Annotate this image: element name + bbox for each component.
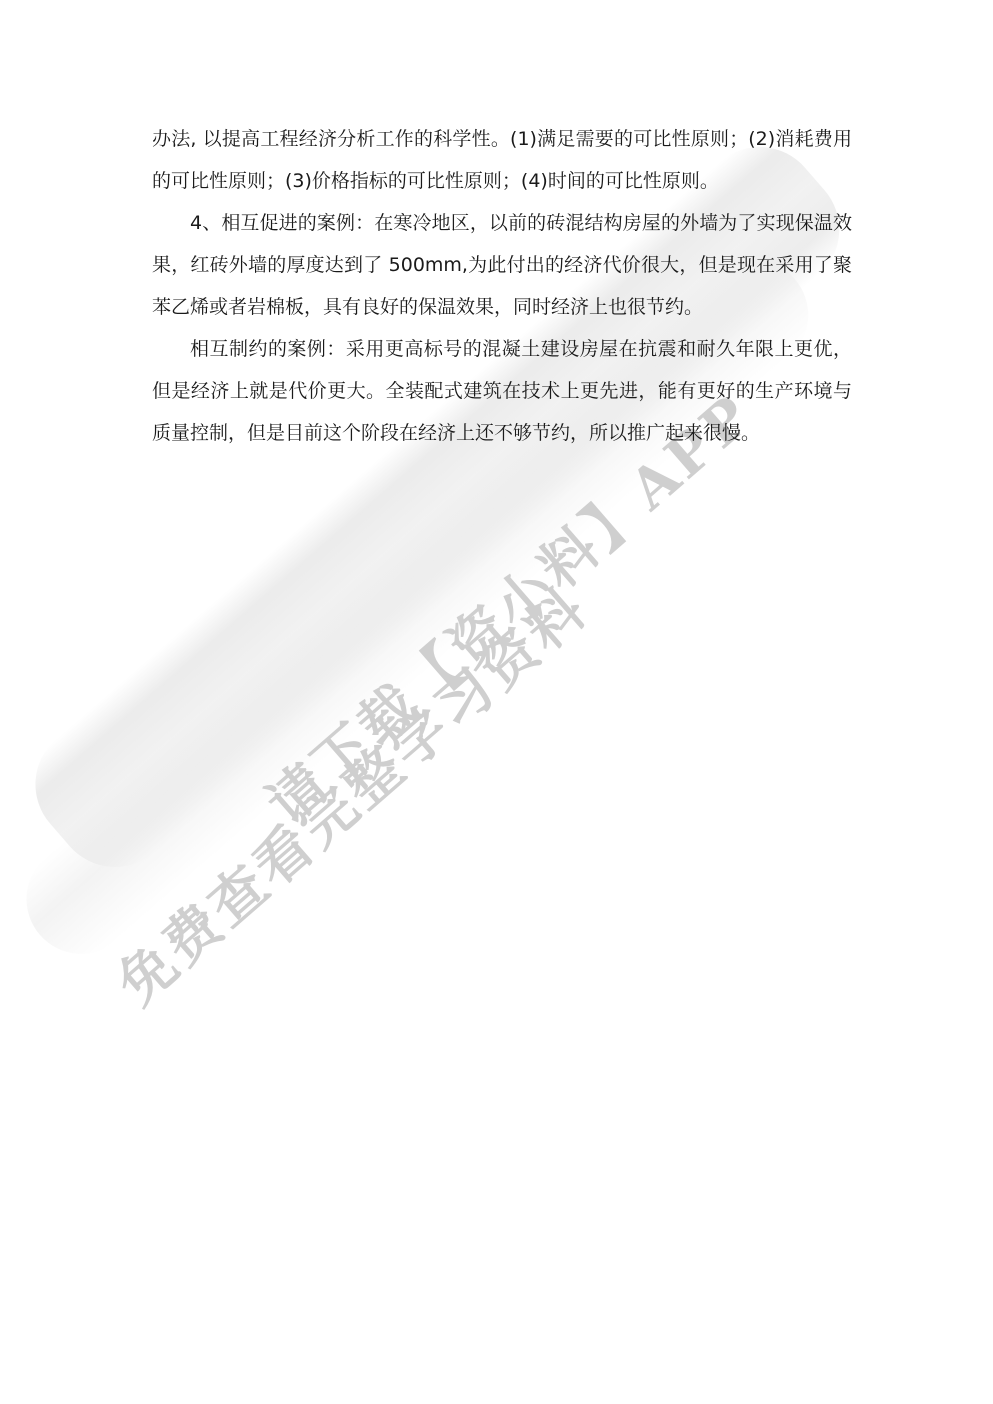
paragraph-comparability-principles: 办法, 以提高工程经济分析工作的科学性。(1)满足需要的可比性原则；(2)消耗费… [152,118,852,202]
paragraph-mutual-restriction-case: 相互制约的案例：采用更高标号的混凝土建设房屋在抗震和耐久年限上更优，但是经济上就… [152,328,852,454]
paragraph-mutual-promotion-case: 4、相互促进的案例：在寒冷地区，以前的砖混结构房屋的外墙为了实现保温效果，红砖外… [152,202,852,328]
document-body: 办法, 以提高工程经济分析工作的科学性。(1)满足需要的可比性原则；(2)消耗费… [152,118,852,454]
document-page: 免费查看完整学习资料 请下载【资小料】APP 办法, 以提高工程经济分析工作的科… [0,0,993,1404]
